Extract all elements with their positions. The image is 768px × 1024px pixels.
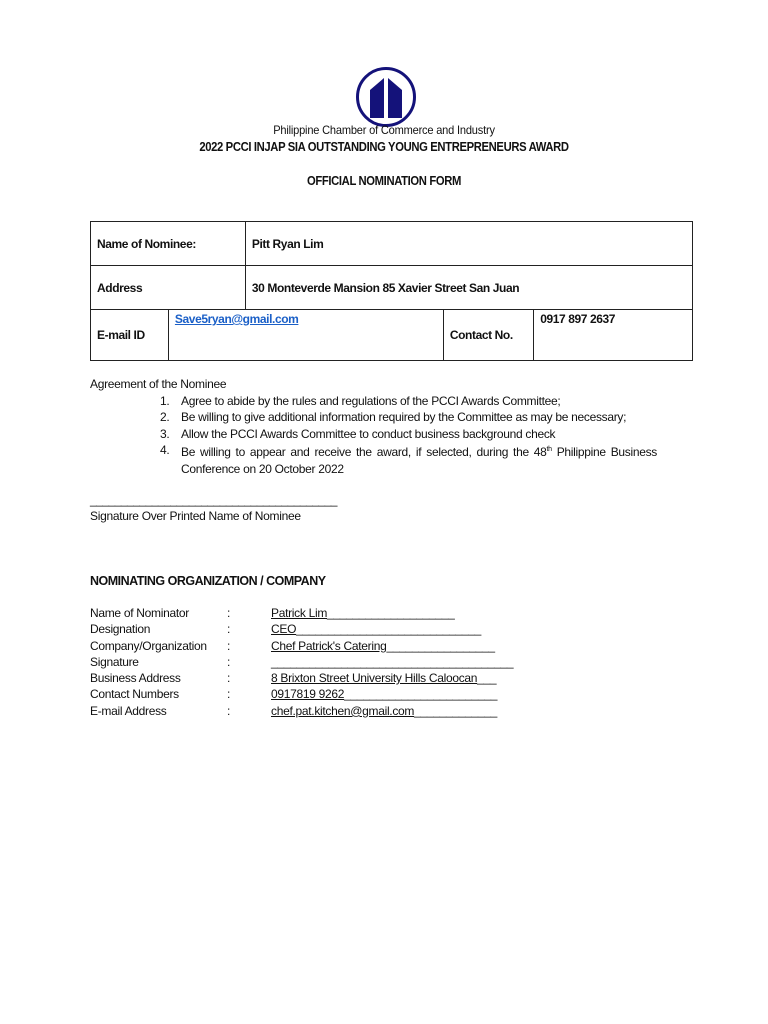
field-label: Company/Organization xyxy=(90,639,230,653)
organization-name: Philippine Chamber of Commerce and Indus… xyxy=(31,123,738,137)
email-label: E-mail ID xyxy=(91,310,169,361)
signature-field[interactable]: ______________________________________ xyxy=(271,655,513,669)
agreement-item: 3. Allow the PCCI Awards Committee to co… xyxy=(160,426,657,442)
item-number: 4. xyxy=(160,442,169,458)
field-fill-line: _________________ xyxy=(386,639,494,653)
nominee-name-label: Name of Nominee: xyxy=(91,222,246,266)
field-value: Patrick Lim xyxy=(271,606,327,620)
item-number: 1. xyxy=(160,393,169,409)
agreement-title: Agreement of the Nominee xyxy=(90,377,226,391)
nomination-form-page: Philippine Chamber of Commerce and Indus… xyxy=(0,0,768,1024)
nominee-signature-line[interactable]: ________________________________________ xyxy=(90,493,337,507)
award-title: 2022 PCCI INJAP SIA OUTSTANDING YOUNG EN… xyxy=(38,140,729,154)
agreement-item: 2. Be willing to give additional informa… xyxy=(160,409,657,425)
item-text: Agree to abide by the rules and regulati… xyxy=(181,394,560,408)
agreement-list: 1. Agree to abide by the rules and regul… xyxy=(160,393,657,477)
field-label: Contact Numbers xyxy=(90,687,230,701)
field-fill-line: ____________________ xyxy=(327,606,454,620)
business-address-field[interactable]: 8 Brixton Street University Hills Calooc… xyxy=(271,671,496,685)
field-label: Signature xyxy=(90,655,230,669)
field-value: 8 Brixton Street University Hills Calooc… xyxy=(271,671,477,685)
nominee-name-row: Name of Nominee: Pitt Ryan Lim xyxy=(91,222,693,266)
field-label: E-mail Address xyxy=(90,704,230,718)
item-number: 2. xyxy=(160,409,169,425)
item-text: Be willing to appear and receive the awa… xyxy=(181,445,547,459)
email-address-field[interactable]: chef.pat.kitchen@gmail.com_____________ xyxy=(271,704,497,718)
nominee-address-row: Address 30 Monteverde Mansion 85 Xavier … xyxy=(91,266,693,310)
nominee-contact-row: E-mail ID Save5ryan@gmail.com Contact No… xyxy=(91,310,693,361)
company-field[interactable]: Chef Patrick's Catering_________________ xyxy=(271,639,495,653)
email-link[interactable]: Save5ryan@gmail.com xyxy=(175,312,299,326)
designation-field[interactable]: CEO_____________________________ xyxy=(271,622,481,636)
item-text: Allow the PCCI Awards Committee to condu… xyxy=(181,427,555,441)
field-fill-line: ______________________________________ xyxy=(271,655,513,669)
colon: : xyxy=(227,655,230,669)
colon: : xyxy=(227,622,230,636)
field-fill-line: ________________________ xyxy=(344,687,497,701)
colon: : xyxy=(227,671,230,685)
contact-value[interactable]: 0917 897 2637 xyxy=(534,310,693,361)
email-cell: Save5ryan@gmail.com xyxy=(168,310,443,361)
field-label: Business Address xyxy=(90,671,230,685)
colon: : xyxy=(227,639,230,653)
field-value: 0917819 9262 xyxy=(271,687,344,701)
nominee-address-label: Address xyxy=(91,266,246,310)
field-fill-line: _____________ xyxy=(414,704,497,718)
nominator-name-field[interactable]: Patrick Lim____________________ xyxy=(271,606,455,620)
agreement-item: 4. Be willing to appear and receive the … xyxy=(160,442,657,477)
field-value: Chef Patrick's Catering xyxy=(271,639,386,653)
nominee-signature-label: Signature Over Printed Name of Nominee xyxy=(90,509,301,523)
field-value: CEO xyxy=(271,622,296,636)
contact-label: Contact No. xyxy=(443,310,533,361)
nominee-info-table: Name of Nominee: Pitt Ryan Lim Address 3… xyxy=(90,221,693,361)
colon: : xyxy=(227,704,230,718)
nominating-section-title: NOMINATING ORGANIZATION / COMPANY xyxy=(90,574,326,588)
form-title: OFFICIAL NOMINATION FORM xyxy=(38,174,729,188)
field-fill-line: ___ xyxy=(477,671,496,685)
field-label: Name of Nominator xyxy=(90,606,230,620)
colon: : xyxy=(227,606,230,620)
field-label: Designation xyxy=(90,622,230,636)
contact-numbers-field[interactable]: 0917819 9262________________________ xyxy=(271,687,497,701)
colon: : xyxy=(227,687,230,701)
nominee-address-value[interactable]: 30 Monteverde Mansion 85 Xavier Street S… xyxy=(245,266,692,310)
field-value: chef.pat.kitchen@gmail.com xyxy=(271,704,414,718)
item-number: 3. xyxy=(160,426,169,442)
nominee-name-value[interactable]: Pitt Ryan Lim xyxy=(245,222,692,266)
pcci-logo-icon xyxy=(355,66,417,128)
field-fill-line: _____________________________ xyxy=(296,622,481,636)
agreement-item: 1. Agree to abide by the rules and regul… xyxy=(160,393,657,409)
item-text: Be willing to give additional informatio… xyxy=(181,410,626,424)
